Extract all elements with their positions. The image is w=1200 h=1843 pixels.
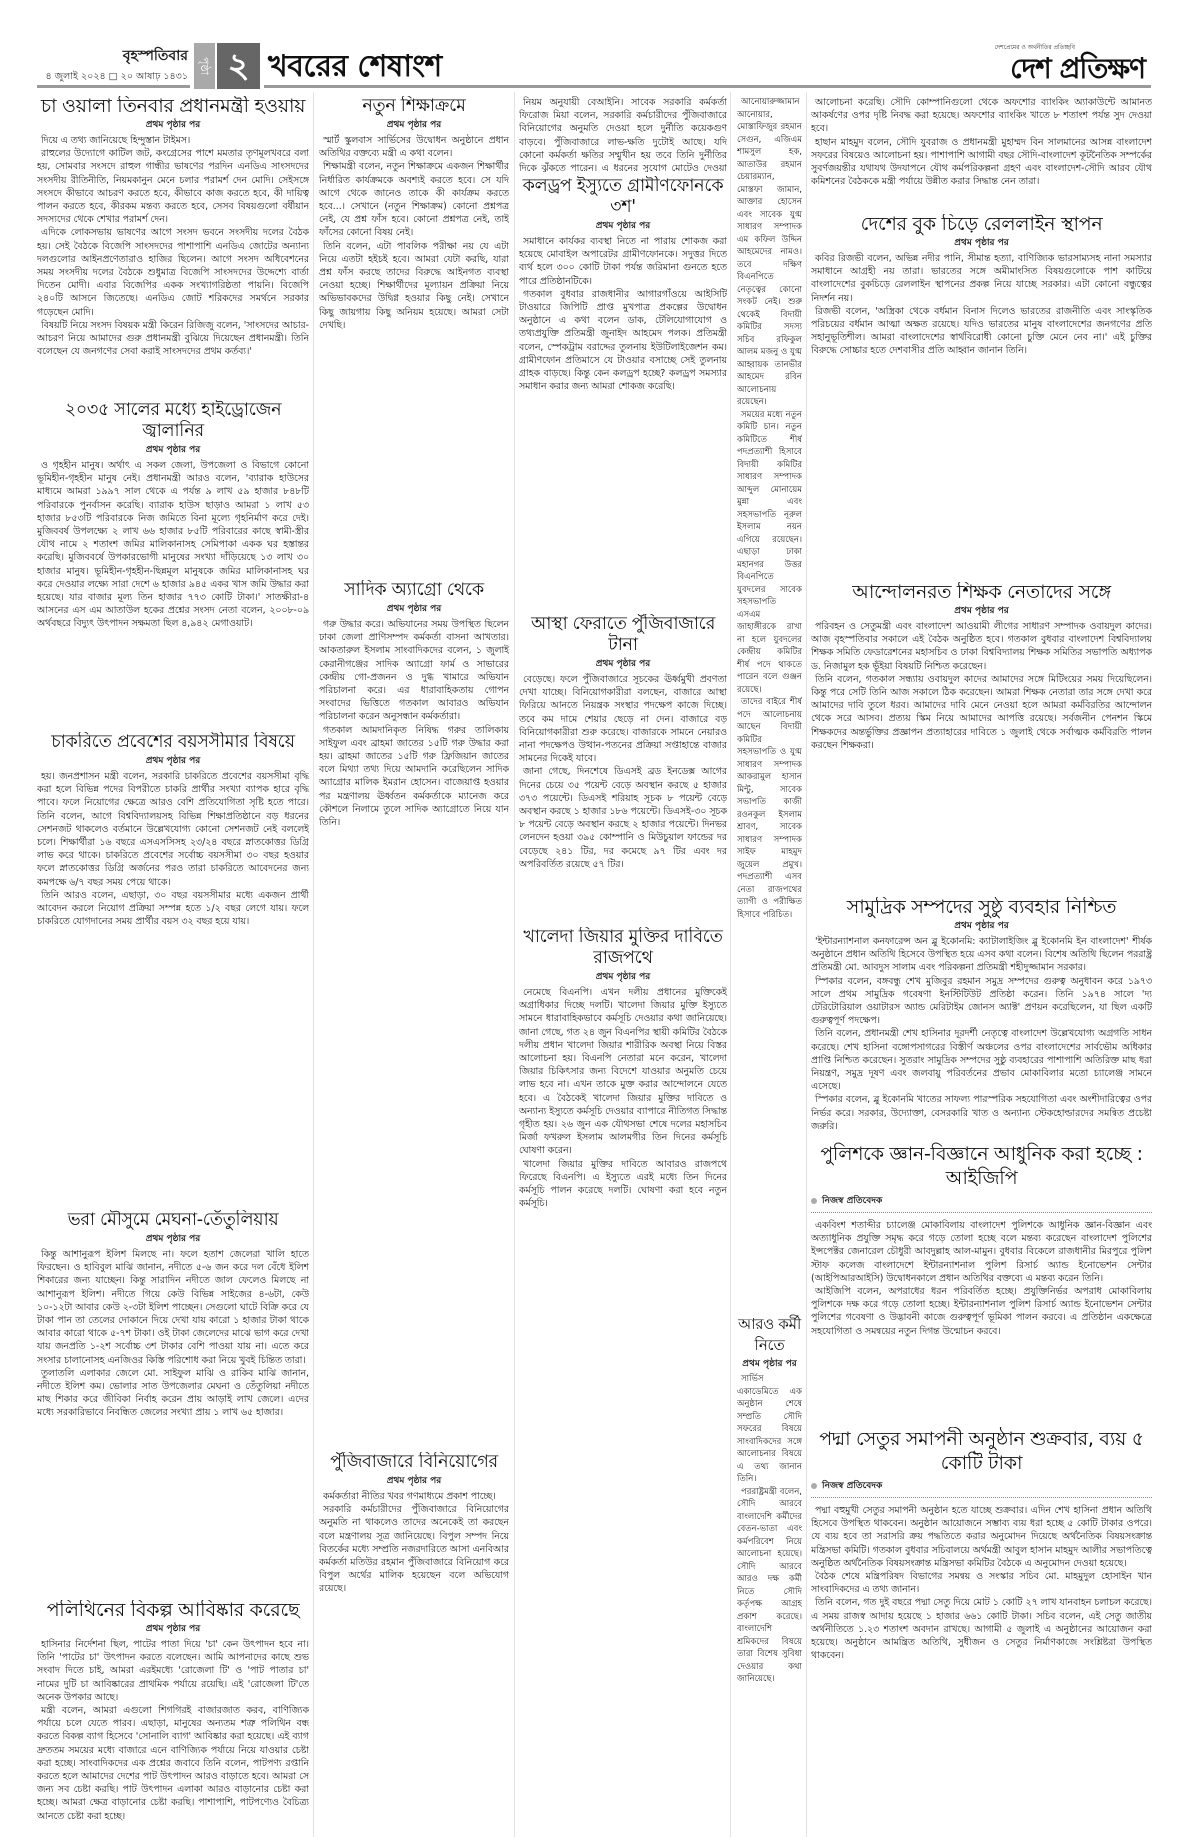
headline: চা ওয়ালা তিনবার প্রধানমন্ত্রী হওয়ায়	[37, 96, 309, 117]
headline: চাকরিতে প্রবেশের বয়সসীমার বিষয়ে	[37, 732, 309, 753]
article-body: কিন্তু আশানুরূপ ইলিশ মিলছে না। ফলে হতাশ …	[37, 1248, 309, 1420]
article-body: একবিংশ শতাব্দীর চ্যালেঞ্জ মোকাবিলায় বাং…	[811, 1219, 1152, 1338]
column-divider	[313, 92, 314, 1837]
article-body: পরিবহন ও সেতুমন্ত্রী এবং বাংলাদেশ আওয়াম…	[811, 620, 1152, 752]
article-body: হয়। জনপ্রশাসন মন্ত্রী বলেন, সরকারি চাকর…	[37, 770, 309, 928]
continuation-label: প্রথম পৃষ্ঠার পর	[37, 1621, 309, 1636]
article-age-limit[interactable]: চাকরিতে প্রবেশের বয়সসীমার বিষয়ে প্রথম …	[37, 732, 309, 1172]
continuation-label: প্রথম পৃষ্ঠার পর	[37, 117, 309, 132]
article-body: সার্ভিস একাডেমিতে এক অনুষ্ঠান শেষে সম্প্…	[737, 1373, 802, 1686]
page-number: ২	[217, 43, 260, 89]
article-body: বেড়েছে। ফলে পুঁজিবাজারে সূচকের ঊর্ধ্বমু…	[519, 673, 727, 871]
column-divider	[514, 92, 515, 1837]
issue-date: ৪ জুলাই ২০২৪ □ ২০ আষাঢ় ১৪৩১	[45, 70, 188, 85]
headline: ২০৩৫ সালের মধ্যে হাইড্রোজেন জ্বালানির	[37, 400, 309, 442]
headline: পলিথিনের বিকল্প আবিষ্কার করেছে	[37, 1600, 309, 1621]
article-body: আলোচনা করেছি। সৌদি কোম্পানিগুলো থেকে অফশ…	[811, 96, 1152, 188]
article-more-workers[interactable]: আরও কর্মী নিতে প্রথম পৃষ্ঠার পর সার্ভিস …	[737, 1314, 802, 1837]
column-divider	[730, 92, 731, 1837]
article-body: সমাধানে কার্যকর ব্যবস্থা নিতে না পারায় …	[519, 235, 727, 393]
article-calldrop[interactable]: কলড্রপ ইস্যুতে গ্রামীণফোনকে ৩শ' প্রথম পৃ…	[519, 176, 727, 606]
article-body: আনোয়ারুজ্জামান আনোয়ার, মোস্তাফিজুর রহম…	[737, 96, 802, 921]
continuation-label: প্রথম পৃষ্ঠার পর	[811, 603, 1152, 618]
article-body: স্মার্ট স্কুলবাস সার্ভিসের উদ্বোধন অনুষ্…	[319, 134, 509, 332]
article-hydrogen[interactable]: ২০৩৫ সালের মধ্যে হাইড্রোজেন জ্বালানির প্…	[37, 400, 309, 722]
issue-weekday: বৃহস্পতিবার	[45, 44, 188, 68]
headline: পুলিশকে জ্ঞান-বিজ্ঞানে আধুনিক করা হচ্ছে …	[811, 1142, 1152, 1190]
article-body: গরু উদ্ধার করে। অভিযানের সময় উপস্থিত ছি…	[319, 618, 509, 829]
article-khaleda[interactable]: খালেদা জিয়ার মুক্তির দাবিতে রাজপথে প্রথ…	[519, 927, 727, 1837]
article-sadeeq-agro[interactable]: সাদিক অ্যাগ্রো থেকে প্রথম পৃষ্ঠার পর গরু…	[319, 580, 509, 1450]
continuation-label: প্রথম পৃষ্ঠার পর	[519, 969, 727, 984]
continuation-label: প্রথম পৃষ্ঠার পর	[37, 753, 309, 768]
headline: সামুদ্রিক সম্পদের সুষ্ঠু ব্যবহার নিশ্চিত	[811, 897, 1152, 918]
newspaper-logo: দেশপ্রেমের ও অর্থনীতির প্রতিচ্ছবি দেশ প্…	[994, 42, 1145, 85]
page-label: পৃষ্ঠা	[194, 43, 215, 89]
article-stock-investment[interactable]: পুঁজিবাজারে বিনিয়োগের প্রথম পৃষ্ঠার পর …	[319, 1452, 509, 1837]
article-teachers[interactable]: আন্দোলনরত শিক্ষক নেতাদের সঙ্গে প্রথম পৃষ…	[811, 582, 1152, 914]
continuation-label: প্রথম পৃষ্ঠার পর	[811, 235, 1152, 250]
column-divider	[806, 92, 807, 1837]
bullet-icon	[811, 1483, 817, 1489]
article-saudi-talks[interactable]: আলোচনা করেছি। সৌদি কোম্পানিগুলো থেকে অফশ…	[811, 96, 1152, 208]
continuation-label: প্রথম পৃষ্ঠার পর	[811, 918, 1152, 933]
headline: কলড্রপ ইস্যুতে গ্রামীণফোনকে ৩শ'	[519, 176, 727, 218]
issue-date-block: বৃহস্পতিবার ৪ জুলাই ২০২৪ □ ২০ আষাঢ় ১৪৩১	[45, 44, 188, 85]
article-body: নিয়ম অনুযায়ী বেআইনি। সাবেক সরকারি কর্ম…	[519, 96, 727, 172]
article-polythene[interactable]: পলিথিনের বিকল্প আবিষ্কার করেছে প্রথম পৃষ…	[37, 1600, 309, 1840]
article-tea-seller[interactable]: চা ওয়ালা তিনবার প্রধানমন্ত্রী হওয়ায় প…	[37, 96, 309, 396]
continuation-label: প্রথম পৃষ্ঠার পর	[319, 1473, 509, 1488]
article-body: কর্মকর্তারা নীতির খবর গণমাধ্যমে প্রকাশ প…	[319, 1490, 509, 1596]
article-stock-continued[interactable]: নিয়ম অনুযায়ী বেআইনি। সাবেক সরকারি কর্ম…	[519, 96, 727, 172]
headline: আন্দোলনরত শিক্ষক নেতাদের সঙ্গে	[811, 582, 1152, 603]
byline: নিজস্ব প্রতিবেদক	[811, 1190, 1152, 1213]
article-padma[interactable]: পদ্মা সেতুর সমাপনী অনুষ্ঠান শুক্রবার, ব্…	[811, 1427, 1152, 1837]
headline: খালেদা জিয়ার মুক্তির দাবিতে রাজপথে	[519, 927, 727, 969]
headline: ভরা মৌসুমে মেঘনা-তেঁতুলিয়ায়	[37, 1210, 309, 1231]
article-body: 'ইন্টারন্যাশনাল কনফারেন্স অন ব্লু ইকোনমি…	[811, 935, 1152, 1133]
headline: সাদিক অ্যাগ্রো থেকে	[319, 580, 509, 601]
bullet-icon	[811, 1198, 817, 1204]
header-divider-left	[37, 85, 190, 88]
continuation-label: প্রথম পৃষ্ঠার পর	[519, 218, 727, 233]
headline: আস্থা ফেরাতে পুঁজিবাজারে টানা	[519, 614, 727, 656]
byline: নিজস্ব প্রতিবেদক	[811, 1475, 1152, 1498]
header-divider-right	[264, 85, 1151, 88]
headline: পদ্মা সেতুর সমাপনী অনুষ্ঠান শুক্রবার, ব্…	[811, 1427, 1152, 1475]
headline: আরও কর্মী নিতে	[737, 1314, 802, 1356]
article-body: হাসিনার নির্দেশনা ছিল, পাটের পাতা দিয়ে …	[37, 1638, 309, 1823]
headline: পুঁজিবাজারে বিনিয়োগের	[319, 1452, 509, 1473]
headline: নতুন শিক্ষাক্রমে	[319, 96, 509, 117]
article-body: পদ্মা বহুমুখী সেতুর সমাপনী অনুষ্ঠান হতে …	[811, 1504, 1152, 1662]
headline: দেশের বুক চিড়ে রেললাইন স্থাপন	[811, 214, 1152, 235]
article-hilsa[interactable]: ভরা মৌসুমে মেঘনা-তেঁতুলিয়ায় প্রথম পৃষ্…	[37, 1210, 309, 1630]
logo-text: দেশ প্রতিক্ষণ	[994, 53, 1145, 85]
article-police[interactable]: পুলিশকে জ্ঞান-বিজ্ঞানে আধুনিক করা হচ্ছে …	[811, 1142, 1152, 1442]
masthead: বৃহস্পতিবার ৪ জুলাই ২০২৪ □ ২০ আষাঢ় ১৪৩১…	[0, 0, 1200, 90]
continuation-label: প্রথম পৃষ্ঠার পর	[37, 1231, 309, 1246]
page-content: চা ওয়ালা তিনবার প্রধানমন্ত্রী হওয়ায় প…	[37, 92, 1152, 1837]
continuation-label: প্রথম পৃষ্ঠার পর	[519, 656, 727, 671]
article-capital-market[interactable]: আস্থা ফেরাতে পুঁজিবাজারে টানা প্রথম পৃষ্…	[519, 614, 727, 914]
article-body: কবির রিজভী বলেন, অভিন্ন নদীর পানি, সীমান…	[811, 252, 1152, 358]
continuation-label: প্রথম পৃষ্ঠার পর	[319, 117, 509, 132]
continuation-label: প্রথম পৃষ্ঠার পর	[37, 442, 309, 457]
article-body: দিয়ে এ তথ্য জানিয়েছে হিন্দুস্তান টাইমস…	[37, 134, 309, 358]
continuation-label: প্রথম পৃষ্ঠার পর	[319, 601, 509, 616]
continuation-label: প্রথম পৃষ্ঠার পর	[737, 1356, 802, 1371]
article-body: নেমেছে বিএনপি। এখন দলীয় প্রধানের মুক্তি…	[519, 986, 727, 1210]
article-body: ও গৃহহীন মানুষ। অর্থাৎ এ সকল জেলা, উপজেল…	[37, 459, 309, 631]
article-curriculum[interactable]: নতুন শিক্ষাক্রমে প্রথম পৃষ্ঠার পর স্মার্…	[319, 96, 509, 576]
article-bnp-committee[interactable]: আনোয়ারুজ্জামান আনোয়ার, মোস্তাফিজুর রহম…	[737, 96, 802, 1256]
